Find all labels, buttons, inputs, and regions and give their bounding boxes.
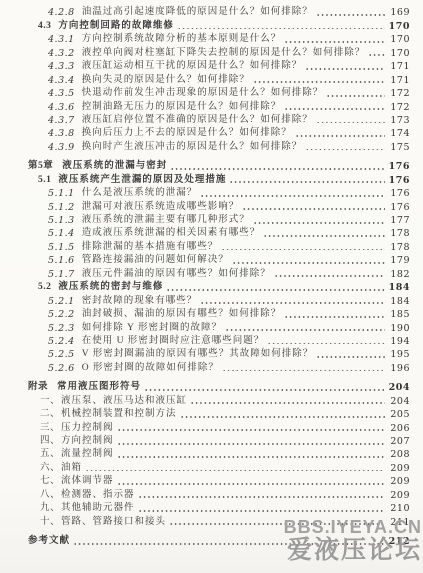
entry-number: 5.1.6 (48, 254, 75, 267)
entry-number: 九、 (40, 502, 60, 515)
entry-page-number: 173 (388, 114, 410, 127)
entry-number: 4.2.8 (48, 6, 75, 19)
toc-entry: 5.1.7 液压元件漏油的原因有哪些？如何排除？ 182 (0, 267, 423, 280)
toc-entry: 5.2.2 油封破损、漏油的原因有哪些？如何排除？ 185 (0, 308, 423, 321)
entry-title: 液控单向阀对柱塞缸下降失去控制的原因是什么？如何排除？ (82, 47, 366, 60)
entry-number: 二、 (40, 408, 60, 421)
dot-leader (253, 222, 385, 224)
dot-leader (305, 149, 385, 151)
dot-leader (221, 249, 385, 251)
entry-number: 4.3 (38, 20, 51, 33)
toc-entry: 5.2.1 密封故障的现象有哪些？ 184 (0, 294, 423, 307)
toc-entry: 四、 方向控制阀 207 (0, 435, 423, 448)
toc-entry: 5.1.6 管路连接漏油的问题如何解决？ 179 (0, 254, 423, 267)
dot-leader (284, 41, 385, 43)
toc-entry: 三、 压力控制阀 206 (0, 421, 423, 434)
entry-number: 5.1.7 (48, 268, 75, 281)
entry-page-number: 171 (388, 74, 410, 87)
entry-page-number: 170 (388, 33, 410, 46)
entry-number: 八、 (40, 489, 60, 502)
entry-page-number: 207 (388, 435, 410, 448)
entry-title: 油封破损、漏油的原因有哪些？如何排除？ (82, 308, 282, 321)
entry-title: 常用液压图形符号 (57, 381, 141, 394)
dot-leader (180, 416, 385, 418)
entry-page-number: 172 (388, 87, 410, 100)
toc-entry: 第5章 液压系统的泄漏与密封 176 (0, 160, 423, 173)
entry-page-number: 170 (388, 47, 410, 60)
entry-number: 5.1.1 (48, 187, 75, 200)
entry-title: 在使用 U 形密封圈时应注意哪些问题？ (82, 335, 265, 348)
toc-entry: 七、 流体调节器 209 (0, 475, 423, 488)
entry-page-number: 209 (388, 489, 410, 502)
entry-title: 液压系统的泄漏与密封 (62, 160, 167, 173)
entry-number: 5.2.6 (48, 362, 75, 375)
entry-page-number: 211 (388, 516, 410, 529)
entry-number: 5.1 (38, 174, 51, 187)
entry-page-number: 208 (388, 448, 410, 461)
toc-entry: 5.2.3 如何排除 Y 形密封圈的故障？ 190 (0, 321, 423, 334)
entry-number: 五、 (40, 448, 60, 461)
entry-title: 液压元件漏油的原因有哪些？如何排除？ (82, 268, 271, 281)
dot-leader (242, 208, 385, 210)
entry-number: 十、 (40, 516, 60, 529)
entry-title: 液压缸启停位置不准确的原因是什么？如何排除？ (82, 114, 313, 127)
entry-page-number: 206 (388, 422, 410, 435)
toc-entry: 六、 油箱 209 (0, 461, 423, 474)
toc-entry: 九、 其他辅助元器件 210 (0, 502, 423, 515)
toc-entry: 4.3 方向控制回路的故障维修 170 (0, 19, 423, 32)
dot-leader (138, 496, 385, 498)
entry-title: 方向控制系统故障分析的基本原则是什么？ (82, 33, 282, 46)
entry-title: 造成液压系统泄漏的相关因素有哪些？ (82, 227, 261, 240)
dot-leader (222, 370, 385, 372)
dot-leader (316, 356, 385, 358)
entry-page-number: 176 (388, 174, 410, 187)
entry-page-number: 177 (388, 214, 410, 227)
entry-page-number: 171 (388, 60, 410, 73)
entry-title: 压力控制阀 (61, 422, 114, 435)
entry-number: 4.3.5 (48, 87, 75, 100)
toc-entry: 一、 液压泵、液压马达和液压缸 204 (0, 394, 423, 407)
entry-title: 液压缸运动相互干扰的原因是什么？如何排除？ (82, 60, 303, 73)
dot-leader (232, 262, 385, 264)
dot-leader (117, 483, 385, 485)
entry-number: 5.2 (38, 281, 51, 294)
entry-number: 第5章 (28, 160, 53, 173)
entry-number: 5.1.3 (48, 214, 75, 227)
dot-leader (253, 81, 385, 83)
entry-number: 5.2.3 (48, 322, 75, 335)
toc-entry: 4.3.6 控制油路无压力的原因是什么？如何排除？ 172 (0, 100, 423, 113)
toc-entry: 5.1.3 液压系统的泄漏主要有哪几种形式？ 177 (0, 214, 423, 227)
entry-title: 机械控制装置和控制方法 (61, 408, 177, 421)
toc-entry: 5.1 液压系统产生泄漏的原因及处理措施 176 (0, 173, 423, 186)
entry-title: 管路连接漏油的问题如何解决？ (82, 254, 229, 267)
dot-leader (117, 429, 385, 431)
dot-leader (177, 28, 385, 30)
entry-title: 液压系统产生泄漏的原因及处理措施 (58, 174, 226, 187)
dot-leader (284, 316, 385, 318)
entry-number: 4.3.9 (48, 141, 75, 154)
dot-leader (295, 135, 385, 137)
entry-page-number: 195 (388, 348, 410, 361)
entry-title: 快退动作前发生冲击现象的原因是什么？如何排除？ (82, 87, 324, 100)
dot-leader (316, 14, 385, 16)
entry-title: 液压泵、液压马达和液压缸 (61, 395, 187, 408)
dot-leader (117, 456, 385, 458)
dot-leader (225, 329, 385, 331)
entry-title: 流量控制阀 (61, 448, 114, 461)
entry-title: 参考文献 (28, 535, 70, 548)
toc-entry: 4.3.2 液控单向阀对柱塞缸下降失去控制的原因是什么？如何排除？ 170 (0, 46, 423, 59)
toc-entry: 5.2.5 V 形密封圈漏油的原因有哪些？其故障如何排除？ 195 (0, 348, 423, 361)
entry-title: O 形密封圈的故障如何排除？ (82, 362, 219, 375)
entry-page-number: 209 (388, 462, 410, 475)
dot-leader (169, 523, 385, 525)
toc-entry: 二、 机械控制装置和控制方法 205 (0, 408, 423, 421)
entry-page-number: 185 (388, 308, 410, 321)
dot-leader (274, 275, 385, 277)
entry-number: 4.3.3 (48, 60, 75, 73)
toc-entry: 参考文献 212 (0, 535, 423, 548)
dot-leader (73, 543, 385, 545)
toc-entry: 4.3.5 快退动作前发生冲击现象的原因是什么？如何排除？ 172 (0, 87, 423, 100)
toc-entry: 4.3.1 方向控制系统故障分析的基本原则是什么？ 170 (0, 33, 423, 46)
entry-page-number: 204 (388, 395, 410, 408)
toc-entry: 附录 常用液压图形符号 204 (0, 381, 423, 394)
entry-number: 三、 (40, 422, 60, 435)
entry-page-number: 176 (388, 160, 410, 173)
entry-title: 方向控制阀 (61, 435, 114, 448)
entry-title: 什么是液压系统的泄漏？ (82, 187, 198, 200)
entry-page-number: 170 (388, 20, 410, 33)
toc-entry: 5.2 液压系统的密封与维修 184 (0, 281, 423, 294)
dot-leader (200, 195, 385, 197)
toc-entry: 5.2.4 在使用 U 形密封圈时应注意哪些问题？ 194 (0, 335, 423, 348)
entry-number: 5.1.5 (48, 241, 75, 254)
toc-entry: 4.3.4 换向失灵的原因是什么？如何排除？ 171 (0, 73, 423, 86)
toc-entry: 5.1.4 造成液压系统泄漏的相关因素有哪些？ 178 (0, 227, 423, 240)
entry-page-number: 209 (388, 475, 410, 488)
dot-leader (263, 235, 385, 237)
entry-page-number: 194 (388, 335, 410, 348)
entry-title: 液压系统的泄漏主要有哪几种形式？ (82, 214, 250, 227)
toc-entry: 4.3.9 换向时产生液压冲击的原因是什么？如何排除？ 175 (0, 140, 423, 153)
dot-leader (190, 402, 385, 404)
entry-page-number: 184 (388, 295, 410, 308)
table-of-contents: 4.2.8 油温过高引起速度降低的原因是什么？如何排除？ 169 4.3 方向控… (0, 6, 423, 548)
entry-page-number: 190 (388, 322, 410, 335)
entry-title: 油箱 (61, 462, 82, 475)
dot-leader (138, 510, 385, 512)
entry-title: 方向控制回路的故障维修 (58, 20, 174, 33)
entry-page-number: 176 (388, 187, 410, 200)
entry-number: 4.3.4 (48, 74, 75, 87)
dot-leader (305, 68, 385, 70)
dot-leader (284, 108, 385, 110)
entry-page-number: 179 (388, 254, 410, 267)
entry-page-number: 176 (388, 201, 410, 214)
dot-leader (166, 289, 385, 291)
dot-leader (326, 95, 385, 97)
dot-leader (117, 443, 385, 445)
toc-entry: 5.1.2 泄漏可对液压系统造成哪些影响？ 176 (0, 200, 423, 213)
entry-title: 泄漏可对液压系统造成哪些影响？ (82, 201, 240, 214)
entry-page-number: 182 (388, 268, 410, 281)
toc-entry: 4.2.8 油温过高引起速度降低的原因是什么？如何排除？ 169 (0, 6, 423, 19)
toc-entry: 5.2.6 O 形密封圈的故障如何排除？ 196 (0, 361, 423, 374)
toc-entry: 十、 管路、管路接口和接头 211 (0, 515, 423, 528)
toc-entry: 5.1.5 排除泄漏的基本措施有哪些？ 178 (0, 240, 423, 253)
entry-page-number: 196 (388, 362, 410, 375)
entry-number: 六、 (40, 462, 60, 475)
entry-number: 4.3.8 (48, 127, 75, 140)
entry-title: 管路、管路接口和接头 (61, 516, 166, 529)
entry-title: V 形密封圈漏油的原因有哪些？其故障如何排除？ (82, 348, 314, 361)
entry-title: 换向后压力上不去的原因是什么？如何排除？ (82, 127, 292, 140)
entry-page-number: 178 (388, 227, 410, 240)
toc-entry: 八、 检测器、指示器 209 (0, 488, 423, 501)
toc-entry: 4.3.8 换向后压力上不去的原因是什么？如何排除？ 174 (0, 127, 423, 140)
entry-number: 七、 (40, 475, 60, 488)
entry-number: 4.3.2 (48, 47, 75, 60)
dot-leader (229, 181, 385, 183)
entry-title: 换向时产生液压冲击的原因是什么？如何排除？ (82, 141, 303, 154)
entry-number: 4.3.1 (48, 33, 75, 46)
dot-leader (170, 168, 385, 170)
dot-leader (85, 470, 385, 472)
entry-number: 5.1.2 (48, 201, 75, 214)
entry-page-number: 210 (388, 502, 410, 515)
dot-leader (368, 54, 385, 56)
entry-page-number: 174 (388, 127, 410, 140)
entry-number: 5.2.2 (48, 308, 75, 321)
entry-title: 油温过高引起速度降低的原因是什么？如何排除？ (82, 6, 313, 19)
entry-number: 4.3.7 (48, 114, 75, 127)
entry-title: 检测器、指示器 (61, 489, 135, 502)
dot-leader (200, 302, 385, 304)
entry-number: 5.1.4 (48, 227, 75, 240)
entry-title: 液压系统的密封与维修 (58, 281, 163, 294)
entry-title: 密封故障的现象有哪些？ (82, 295, 198, 308)
toc-entry: 5.1.1 什么是液压系统的泄漏？ 176 (0, 187, 423, 200)
entry-page-number: 178 (388, 241, 410, 254)
entry-number: 5.2.5 (48, 348, 75, 361)
toc-entry: 4.3.3 液压缸运动相互干扰的原因是什么？如何排除？ 171 (0, 60, 423, 73)
entry-number: 4.3.6 (48, 101, 75, 114)
entry-number: 四、 (40, 435, 60, 448)
entry-title: 流体调节器 (61, 475, 114, 488)
entry-title: 如何排除 Y 形密封圈的故障？ (82, 322, 222, 335)
dot-leader (144, 389, 385, 391)
entry-page-number: 212 (388, 535, 410, 548)
entry-page-number: 204 (388, 381, 410, 394)
entry-page-number: 184 (388, 281, 410, 294)
entry-page-number: 205 (388, 408, 410, 421)
dot-leader (316, 122, 385, 124)
entry-number: 5.2.1 (48, 295, 75, 308)
entry-title: 控制油路无压力的原因是什么？如何排除？ (82, 101, 282, 114)
toc-page: 4.2.8 油温过高引起速度降低的原因是什么？如何排除？ 169 4.3 方向控… (0, 0, 423, 573)
entry-number: 附录 (28, 381, 48, 394)
entry-title: 其他辅助元器件 (61, 502, 135, 515)
entry-title: 排除泄漏的基本措施有哪些？ (82, 241, 219, 254)
dot-leader (267, 343, 385, 345)
entry-page-number: 172 (388, 101, 410, 114)
entry-number: 5.2.4 (48, 335, 75, 348)
entry-title: 换向失灵的原因是什么？如何排除？ (82, 74, 250, 87)
entry-page-number: 175 (388, 141, 410, 154)
entry-number: 一、 (40, 395, 60, 408)
toc-entry: 4.3.7 液压缸启停位置不准确的原因是什么？如何排除？ 173 (0, 114, 423, 127)
entry-page-number: 169 (388, 6, 410, 19)
toc-entry: 五、 流量控制阀 208 (0, 448, 423, 461)
